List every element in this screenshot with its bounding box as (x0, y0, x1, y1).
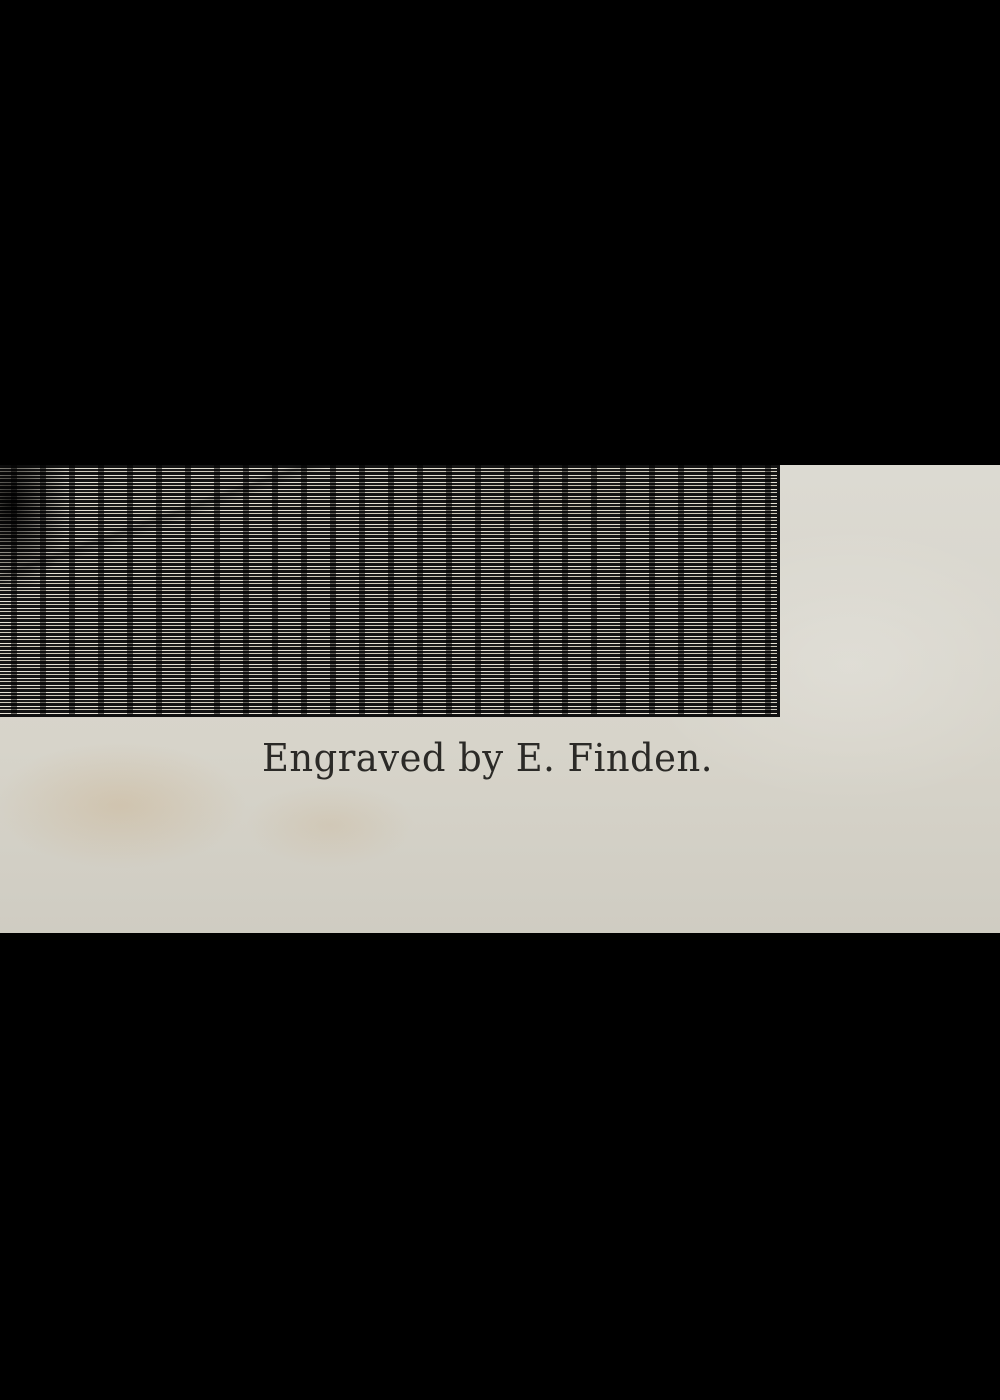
black-band-top (0, 0, 1000, 465)
engraver-credit: Engraved by E. Finden. (262, 728, 713, 788)
black-band-bottom (0, 933, 1000, 1400)
engraved-plate-area (0, 465, 780, 717)
